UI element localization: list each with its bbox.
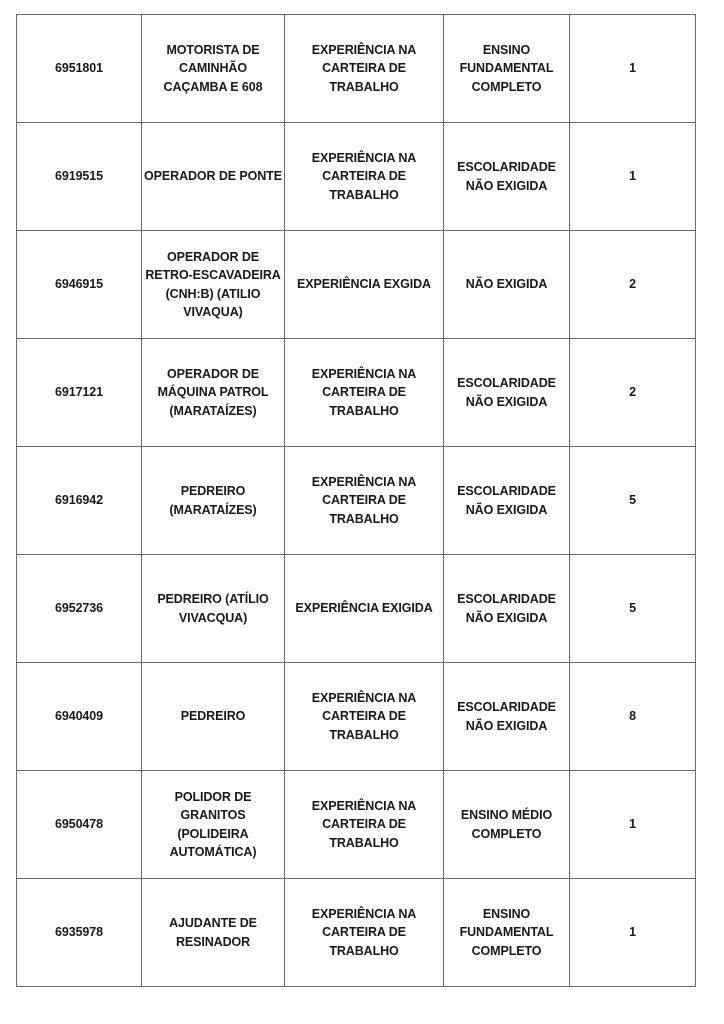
vacancy-count-cell: 2: [570, 231, 696, 339]
vacancy-code-cell: 6919515: [17, 123, 142, 231]
vacancy-code-cell: 6916942: [17, 447, 142, 555]
table-row: 6952736PEDREIRO (ATÍLIO VIVACQUA)EXPERIÊ…: [17, 555, 696, 663]
experience-requirement-cell: EXPERIÊNCIA NA CARTEIRA DE TRABALHO: [285, 879, 444, 987]
experience-requirement-cell: EXPERIÊNCIA NA CARTEIRA DE TRABALHO: [285, 339, 444, 447]
vacancy-code-cell: 6935978: [17, 879, 142, 987]
vacancy-count-cell: 5: [570, 447, 696, 555]
table-row: 6935978AJUDANTE DE RESINADOREXPERIÊNCIA …: [17, 879, 696, 987]
vacancy-code-cell: 6950478: [17, 771, 142, 879]
table-row: 6951801MOTORISTA DE CAMINHÃO CAÇAMBA E 6…: [17, 15, 696, 123]
vacancy-code-cell: 6952736: [17, 555, 142, 663]
table-row: 6916942PEDREIRO (MARATAÍZES)EXPERIÊNCIA …: [17, 447, 696, 555]
education-requirement-cell: ESCOLARIDADE NÃO EXIGIDA: [444, 555, 570, 663]
occupation-cell: OPERADOR DE RETRO-ESCAVADEIRA (CNH:B) (A…: [142, 231, 285, 339]
vacancy-count-cell: 5: [570, 555, 696, 663]
vacancy-count-cell: 1: [570, 879, 696, 987]
experience-requirement-cell: EXPERIÊNCIA NA CARTEIRA DE TRABALHO: [285, 771, 444, 879]
table-row: 6917121OPERADOR DE MÁQUINA PATROL (MARAT…: [17, 339, 696, 447]
experience-requirement-cell: EXPERIÊNCIA NA CARTEIRA DE TRABALHO: [285, 447, 444, 555]
vacancy-count-cell: 1: [570, 15, 696, 123]
occupation-cell: OPERADOR DE PONTE: [142, 123, 285, 231]
education-requirement-cell: ESCOLARIDADE NÃO EXIGIDA: [444, 663, 570, 771]
vacancy-code-cell: 6946915: [17, 231, 142, 339]
experience-requirement-cell: EXPERIÊNCIA EXIGIDA: [285, 555, 444, 663]
occupation-cell: MOTORISTA DE CAMINHÃO CAÇAMBA E 608: [142, 15, 285, 123]
experience-requirement-cell: EXPERIÊNCIA NA CARTEIRA DE TRABALHO: [285, 663, 444, 771]
experience-requirement-cell: EXPERIÊNCIA NA CARTEIRA DE TRABALHO: [285, 15, 444, 123]
education-requirement-cell: ESCOLARIDADE NÃO EXIGIDA: [444, 123, 570, 231]
experience-requirement-cell: EXPERIÊNCIA NA CARTEIRA DE TRABALHO: [285, 123, 444, 231]
vacancy-code-cell: 6940409: [17, 663, 142, 771]
occupation-cell: AJUDANTE DE RESINADOR: [142, 879, 285, 987]
education-requirement-cell: ENSINO FUNDAMENTAL COMPLETO: [444, 879, 570, 987]
education-requirement-cell: ESCOLARIDADE NÃO EXIGIDA: [444, 447, 570, 555]
occupation-cell: POLIDOR DE GRANITOS (POLIDEIRA AUTOMÁTIC…: [142, 771, 285, 879]
vacancy-count-cell: 8: [570, 663, 696, 771]
vacancy-count-cell: 1: [570, 771, 696, 879]
vacancy-count-cell: 2: [570, 339, 696, 447]
vacancy-code-cell: 6917121: [17, 339, 142, 447]
table-row: 6946915OPERADOR DE RETRO-ESCAVADEIRA (CN…: [17, 231, 696, 339]
occupation-cell: OPERADOR DE MÁQUINA PATROL (MARATAÍZES): [142, 339, 285, 447]
education-requirement-cell: ENSINO FUNDAMENTAL COMPLETO: [444, 15, 570, 123]
table-row: 6919515OPERADOR DE PONTEEXPERIÊNCIA NA C…: [17, 123, 696, 231]
occupation-cell: PEDREIRO: [142, 663, 285, 771]
table-row: 6950478POLIDOR DE GRANITOS (POLIDEIRA AU…: [17, 771, 696, 879]
occupation-cell: PEDREIRO (ATÍLIO VIVACQUA): [142, 555, 285, 663]
vacancy-count-cell: 1: [570, 123, 696, 231]
education-requirement-cell: ESCOLARIDADE NÃO EXIGIDA: [444, 339, 570, 447]
experience-requirement-cell: EXPERIÊNCIA EXGIDA: [285, 231, 444, 339]
education-requirement-cell: ENSINO MÉDIO COMPLETO: [444, 771, 570, 879]
table-row: 6940409PEDREIROEXPERIÊNCIA NA CARTEIRA D…: [17, 663, 696, 771]
vacancy-code-cell: 6951801: [17, 15, 142, 123]
education-requirement-cell: NÃO EXIGIDA: [444, 231, 570, 339]
job-vacancies-table: 6951801MOTORISTA DE CAMINHÃO CAÇAMBA E 6…: [16, 14, 696, 987]
occupation-cell: PEDREIRO (MARATAÍZES): [142, 447, 285, 555]
